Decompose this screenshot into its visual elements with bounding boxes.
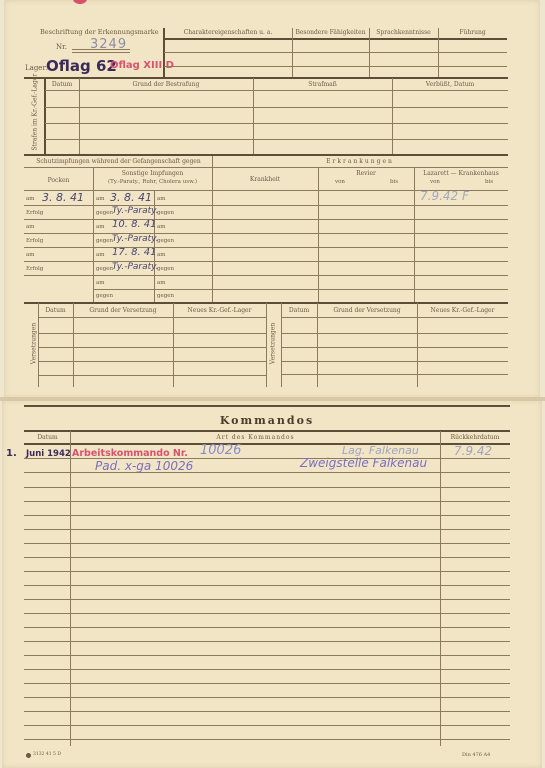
vers2-col-datum: Datum (281, 307, 317, 314)
impf-row-3-right: gegen (157, 238, 174, 244)
vers2-side-label: Versetzungen (270, 314, 277, 374)
vers-line (39, 375, 266, 376)
vers-line (282, 361, 508, 362)
col-lazarett: Lazarett — Krankenhaus (414, 170, 508, 177)
erkrankungen-title: Erkrankungen (212, 158, 508, 165)
impf-row-2-mid: am (96, 224, 105, 230)
kommandos-row-line (24, 585, 510, 586)
kommandos-top-line (24, 405, 510, 407)
kommandos-row-line (24, 515, 510, 516)
strafen-line (45, 107, 508, 108)
strafen-col-grund: Grund der Bestrafung (79, 81, 253, 88)
kommando-stamp: Arbeitskommando Nr. (72, 448, 188, 459)
strafen-col-strafmass: Strafmaß (253, 81, 392, 88)
impf-row-4-left: am (26, 252, 35, 258)
vers2-col-grund: Grund der Versetzung (317, 307, 417, 314)
impf-col (93, 168, 94, 302)
kommando-return-date: 7.9.42 (454, 444, 492, 458)
impf-row-3-mid: gegen (96, 238, 113, 244)
kommandos-col-datum: Datum (24, 434, 71, 441)
impf-row-line (24, 233, 508, 234)
strafen-line (45, 139, 508, 140)
strafen-col-datum: Datum (45, 81, 79, 88)
kommando-number: 10026 (200, 443, 241, 458)
kommandos-col-line (440, 431, 441, 746)
header-row-line (164, 52, 507, 53)
strafen-line (45, 123, 508, 124)
kommandos-row-line (24, 697, 510, 698)
lazarett-von-entry: 7.9.42 F (420, 189, 469, 203)
revier-von: von (335, 179, 345, 185)
kommandos-col-rueckkehr: Rückkehrdatum (440, 434, 510, 441)
col-fuehrung: Führung (438, 29, 507, 36)
vers1-col-grund: Grund der Versetzung (73, 307, 173, 314)
nr-underline-2 (72, 52, 130, 53)
col-pocken: Pocken (24, 177, 93, 184)
impf-row-5-mid-value: Ty.-Paraty. (112, 262, 159, 272)
impf-row-1-right: gegen (157, 210, 174, 216)
col-sonstige-sub: (Ty.-Paraty., Ruhr, Cholera usw.) (93, 179, 212, 185)
lazarett-bis: bis (485, 179, 493, 185)
impf-row-5-left: Erfolg (26, 266, 43, 272)
din-format: Din 476 A4 (462, 752, 490, 758)
kommandos-header-bottom (24, 443, 510, 445)
impf-row-4-mid-value: 17. 8. 41 (112, 247, 157, 258)
kommandos-row-line (24, 487, 510, 488)
kommandos-row-line (24, 711, 510, 712)
erkr-col (414, 168, 415, 302)
col-revier: Revier (318, 170, 414, 177)
header-underline (164, 38, 507, 40)
impf-row-6-right: am (157, 280, 166, 286)
impf-row-7-right: gegen (157, 293, 174, 299)
impf-row-6-mid: am (96, 280, 105, 286)
kommandos-row-line (24, 641, 510, 642)
impf-row-0-left: am (26, 196, 35, 202)
print-code: 3132 41 5 D (33, 752, 61, 757)
impf-row-line (24, 275, 508, 276)
kommandos-title: Kommandos (24, 414, 510, 427)
header-row-line (164, 66, 507, 67)
kommandos-row-line (24, 529, 510, 530)
kommandos-row-line (24, 557, 510, 558)
strafen-line (45, 90, 508, 91)
vers-line (282, 374, 508, 375)
kommandos-row-line (24, 725, 510, 726)
impf-row-7-mid: gegen (96, 293, 113, 299)
col-charakter: Charaktereigenschaften u. a. (164, 29, 292, 36)
nr-label: Nr. (56, 43, 67, 51)
impf-row-1-left: Erfolg (26, 210, 43, 216)
col-sprachkenntnisse: Sprachkenntnisse (369, 29, 438, 36)
kommando-line2-right: Zweigstelle Falkenau (300, 456, 427, 470)
kommandos-col-art: Art des Kommandos (71, 434, 440, 441)
kommandos-row-line (24, 543, 510, 544)
vers-line (282, 347, 508, 348)
nr-value: 3249 (90, 37, 127, 52)
impf-row-4-mid: am (96, 252, 105, 258)
vers-line (39, 347, 266, 348)
impf-row-line (24, 205, 508, 206)
lager-label: Lager: (25, 64, 48, 72)
impf-row-1-mid: gegen (96, 210, 113, 216)
print-mark-icon (26, 753, 31, 758)
kommandos-col-line (70, 431, 71, 746)
lager-stamp-oflag-62: Oflag 62 (46, 57, 117, 75)
vers-line (39, 361, 266, 362)
impf-row-4-right: am (157, 252, 166, 258)
impf-row-0-right: am (157, 196, 166, 202)
strafen-top (24, 77, 508, 79)
kommandos-row-line (24, 683, 510, 684)
vers-header-line (282, 317, 508, 318)
vers-line (282, 333, 508, 334)
impf-row-line (24, 247, 508, 248)
kommandos-row-line (24, 739, 510, 740)
impf-row-0-mid: am (96, 196, 105, 202)
impfungen-title: Schutzimpfungen während der Gefangenscha… (26, 158, 211, 165)
impf-row-0-left-value: 3. 8. 41 (42, 191, 84, 204)
marke-label: Beschriftung der Erkennungsmarke (40, 28, 159, 36)
kommando-date: Juni 1942 (26, 449, 71, 459)
impf-header-line (24, 167, 508, 168)
kommandos-header-top (24, 430, 510, 432)
kommandos-row-line (24, 613, 510, 614)
vers1-col-datum: Datum (38, 307, 73, 314)
vers2-col-neues: Neues Kr.-Gef.-Lager (417, 307, 508, 314)
lazarett-von: von (430, 179, 440, 185)
kommandos-row-line (24, 669, 510, 670)
kommandos-row-line (24, 501, 510, 502)
kommandos-row-line (24, 599, 510, 600)
kommando-line2-left: Pad. x-ga 10026 (95, 459, 193, 473)
strafen-side-label: Strafen im Kr.-Gef.-Lager (32, 81, 39, 151)
col-sonstige: Sonstige Impfungen (93, 170, 212, 177)
vers1-side-label: Versetzungen (31, 314, 38, 374)
kommandos-row-line (24, 655, 510, 656)
page-fold (0, 397, 545, 401)
impf-row-0-mid-value: 3. 8. 41 (110, 191, 152, 204)
kommandos-row-line (24, 571, 510, 572)
strafen-col-verbuesst: Verbüßt, Datum (392, 81, 508, 88)
col-krankheit: Krankheit (212, 176, 318, 183)
vers-header-line (39, 317, 266, 318)
impf-row-line (24, 219, 508, 220)
vers-col (266, 303, 267, 387)
vers-line (39, 333, 266, 334)
revier-bis: bis (390, 179, 398, 185)
impf-row-line (24, 261, 508, 262)
impf-row-2-mid-value: 10. 8. 41 (112, 219, 157, 230)
impf-row-5-mid: gegen (96, 266, 113, 272)
strafen-bottom (24, 154, 508, 156)
kommando-date-prefix: 1. (6, 448, 17, 459)
erkr-col (318, 168, 319, 302)
impf-row-3-left: Erfolg (26, 238, 43, 244)
impf-row-5-right: gegen (157, 266, 174, 272)
vers1-col-neues: Neues Kr.-Gef.-Lager (173, 307, 266, 314)
kommandos-row-line (24, 627, 510, 628)
impf-row-line (93, 289, 508, 290)
impf-row-1-mid-value: Ty.-Paraty. (112, 206, 159, 216)
impf-row-3-mid-value: Ty.-Paraty. (112, 234, 159, 244)
col-faehigkeiten: Besondere Fähigkeiten (292, 29, 369, 36)
impf-row-2-right: am (157, 224, 166, 230)
impf-row-2-left: am (26, 224, 35, 230)
